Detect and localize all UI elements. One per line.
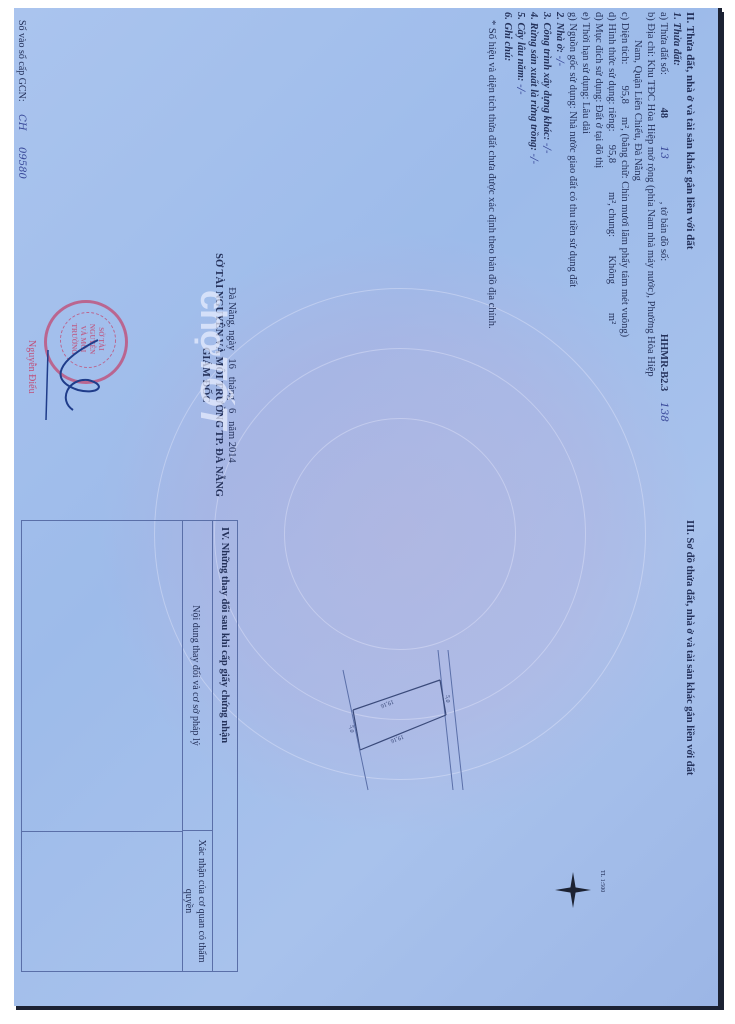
map-handwritten: 138 <box>658 402 670 422</box>
address-row: b) Địa chỉ: Khu TĐC Hòa Hiệp mở rộng (ph… <box>644 12 657 482</box>
north-arrow-icon <box>553 870 593 910</box>
changes-table: IV. Những thay đổi sau khi cấp giấy chứn… <box>21 520 238 972</box>
parcel-diagram: 5,0 19,16 19,16 5,0 <box>328 640 468 800</box>
table-divider <box>22 831 182 832</box>
other-construction-row: 3. Công trình xây dựng khác: -/- <box>540 12 553 482</box>
section2-title: II. Thửa đất, nhà ở và tài sản khác gắn … <box>683 12 696 482</box>
registry-number: Số vào sổ cấp GCN: CH 09580 <box>15 20 28 179</box>
col-authority-confirmation: Xác nhận của cơ quan có thẩm quyền <box>182 831 212 971</box>
parcel-handwritten: 13 <box>658 146 670 159</box>
certificate-page: II. Thửa đất, nhà ở và tài sản khác gắn … <box>0 0 708 998</box>
map-scale: TL 1:500 <box>595 870 608 892</box>
house-row: 2. Nhà ở: -/- <box>553 12 566 482</box>
section4-title: IV. Những thay đổi sau khi cấp giấy chứn… <box>212 521 237 971</box>
usage-purpose-row: đ) Mục đích sử dụng: Đất ở tại đô thị <box>592 12 605 482</box>
parcel-number-row: a) Thửa đất số: 48 13 , tờ bản đồ số: HH… <box>657 12 670 482</box>
chotot-watermark: chợTỐT <box>206 290 220 428</box>
usage-term-row: e) Thời hạn sử dụng: Lâu dài <box>579 12 592 482</box>
svg-text:5,0: 5,0 <box>444 695 450 703</box>
section3-title: III. Sơ đồ thửa đất, nhà ở và tài sản kh… <box>683 520 696 920</box>
area-row: c) Diện tích: 95,8 m², (bằng chữ: Chín m… <box>618 12 631 482</box>
sub-parcel-heading: 1. Thửa đất: <box>670 12 683 482</box>
perennial-row: 5. Cây lâu năm: -/- <box>514 12 527 482</box>
svg-text:5,0: 5,0 <box>348 725 354 733</box>
section-land-parcel: II. Thửa đất, nhà ở và tài sản khác gắn … <box>485 12 696 482</box>
handwritten-signature <box>38 330 118 430</box>
usage-origin-row: g) Nguồn gốc sử dụng: Nhà nước giao đất … <box>566 12 579 482</box>
parcel-number: 48 <box>658 108 669 119</box>
map-sheet-number: HHMR-B2.3 <box>658 334 669 391</box>
footnote: * Số hiệu và diện tích thửa đất chưa đượ… <box>485 12 498 482</box>
notes-heading: 6. Ghi chú: <box>501 12 514 482</box>
col-change-content: Nội dung thay đổi và cơ sở pháp lý <box>182 521 212 831</box>
signer-name: Nguyễn Điểu <box>25 340 38 394</box>
usage-form-row: d) Hình thức sử dụng: riêng: 95,8 m², ch… <box>605 12 618 482</box>
forest-row: 4. Rừng sản xuất là rừng trồng: -/- <box>527 12 540 482</box>
address-row-cont: Nam, Quận Liên Chiểu, Đà Nẵng <box>631 12 644 482</box>
